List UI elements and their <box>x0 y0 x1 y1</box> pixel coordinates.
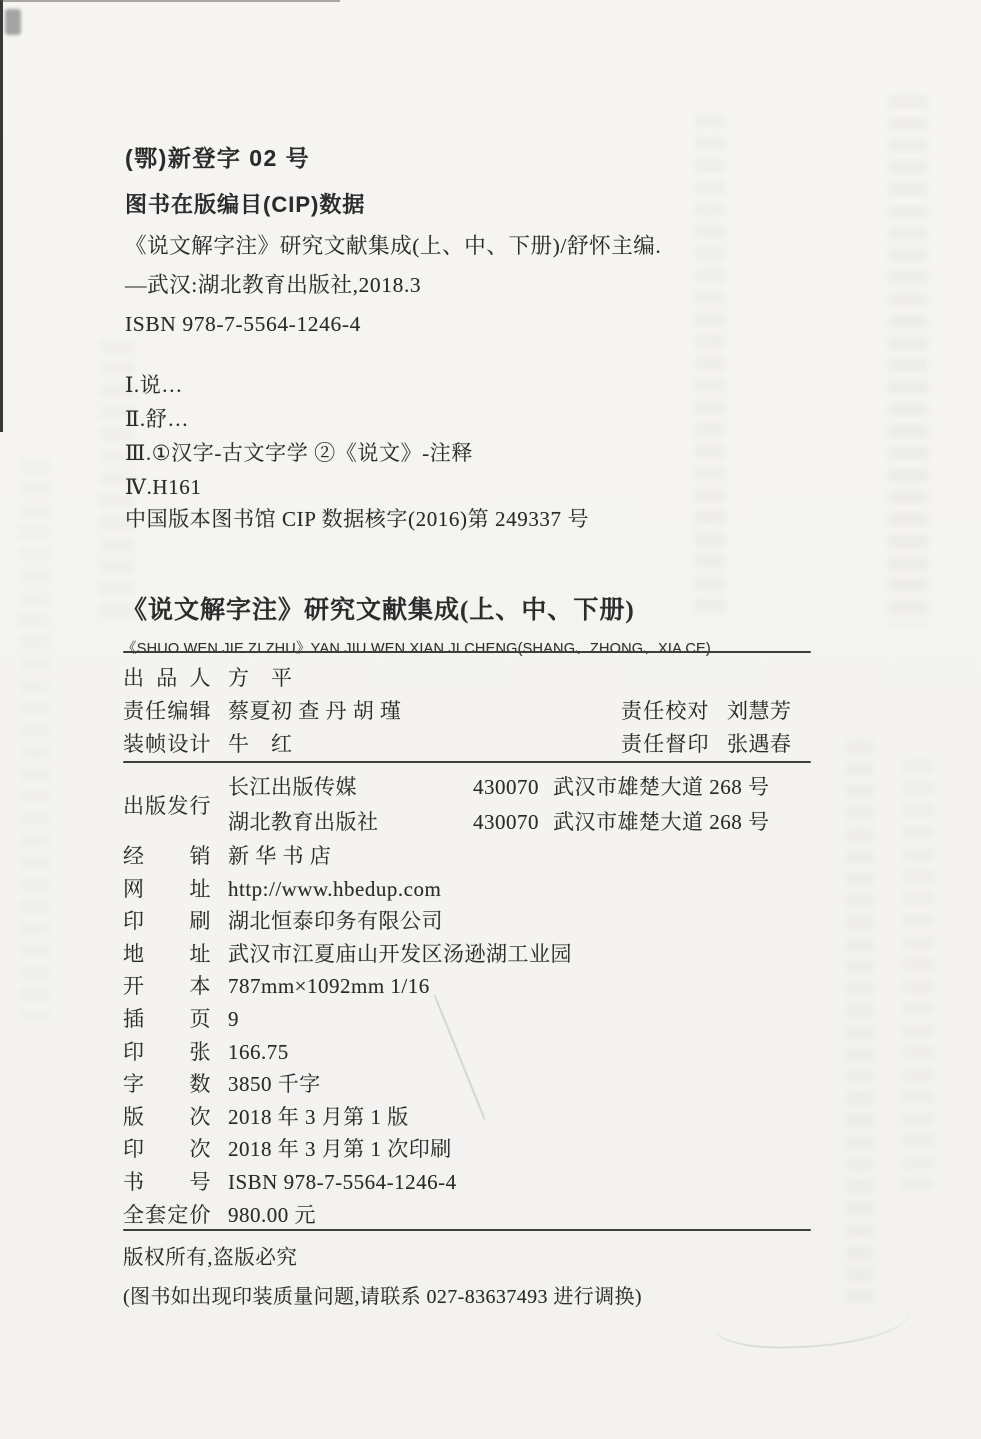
editor-label: 责任编辑 <box>123 695 211 728</box>
supervisor-name: 张遇春 <box>727 732 792 756</box>
cip-title-statement: 《说文解字注》研究文献集成(上、中、下册)/舒怀主编. <box>125 235 661 258</box>
row-label: 字数 <box>123 1068 211 1101</box>
pub-row-printer: 印刷湖北恒泰印务有限公司 <box>123 905 811 938</box>
staff-row-editors: 责任编辑蔡夏初 查 丹 胡 瑾 责任校对刘慧芳 <box>123 695 811 728</box>
bleed-through-ghost <box>888 95 928 625</box>
publisher-address: 武汉市雄楚大道 268 号 <box>553 770 811 805</box>
pub-row-format: 开本787mm×1092mm 1/16 <box>123 970 811 1003</box>
row-label: 经销 <box>123 840 211 873</box>
pub-row-impression: 印次2018 年 3 月第 1 次印刷 <box>123 1133 811 1166</box>
publication-block: 出版发行 长江出版传媒 430070 武汉市雄楚大道 268 号 湖北教育出版社… <box>123 770 811 1231</box>
scan-corner-smudge <box>5 9 21 35</box>
pub-row-edition: 版次2018 年 3 月第 1 版 <box>123 1101 811 1134</box>
supervisor-label: 责任督印 <box>621 728 709 761</box>
row-label: 印刷 <box>123 905 211 938</box>
colophon-page: (鄂)新登字 02 号 图书在版编目(CIP)数据 《说文解字注》研究文献集成(… <box>0 0 981 1439</box>
staff-right-supervisor: 责任督印张遇春 <box>621 728 792 761</box>
designer-name: 牛 红 <box>228 732 293 756</box>
proofreader-name: 刘慧芳 <box>727 699 792 723</box>
row-label: 版次 <box>123 1101 211 1134</box>
classification-4: Ⅳ.H161 <box>125 470 589 504</box>
publisher-row: 长江出版传媒 430070 武汉市雄楚大道 268 号 <box>211 770 811 805</box>
pub-row-inserts: 插页9 <box>123 1003 811 1036</box>
classification-2: Ⅱ.舒… <box>125 402 589 436</box>
row-value: 3850 千字 <box>228 1072 321 1096</box>
proofreader-label: 责任校对 <box>621 695 709 728</box>
staff-row-producer: 出品人方 平 <box>123 662 811 695</box>
pub-row-price: 全套定价980.00 元 <box>123 1199 811 1232</box>
row-label: 地址 <box>123 938 211 971</box>
row-label: 书号 <box>123 1166 211 1199</box>
publisher-lines: 长江出版传媒 430070 武汉市雄楚大道 268 号 湖北教育出版社 4300… <box>211 770 811 840</box>
staff-block: 出品人方 平 责任编辑蔡夏初 查 丹 胡 瑾 责任校对刘慧芳 装帧设计牛 红 责… <box>123 662 811 761</box>
pub-row-wordcount: 字数3850 千字 <box>123 1068 811 1101</box>
row-label: 全套定价 <box>123 1199 211 1232</box>
pub-row-isbn: 书号ISBN 978-7-5564-1246-4 <box>123 1166 811 1199</box>
row-value: 166.75 <box>228 1040 289 1064</box>
publisher-label: 出版发行 <box>123 790 211 820</box>
publisher-rows: 出版发行 长江出版传媒 430070 武汉市雄楚大道 268 号 湖北教育出版社… <box>123 770 811 840</box>
publisher-name: 长江出版传媒 <box>211 770 473 805</box>
staff-row-designer: 装帧设计牛 红 责任督印张遇春 <box>123 728 811 761</box>
publisher-postcode: 430070 <box>473 805 553 840</box>
copyright-notice: 版权所有,盗版必究 <box>123 1240 642 1270</box>
producer-name: 方 平 <box>228 666 293 690</box>
designer-label: 装帧设计 <box>123 728 211 761</box>
publisher-address: 武汉市雄楚大道 268 号 <box>553 805 811 840</box>
divider-rule <box>123 651 811 653</box>
row-value: 2018 年 3 月第 1 次印刷 <box>228 1137 452 1161</box>
classification-3: Ⅲ.①汉字-古文字学 ②《说文》-注释 <box>125 436 589 470</box>
row-label: 网址 <box>123 873 211 906</box>
staff-right-proofreader: 责任校对刘慧芳 <box>621 695 792 728</box>
row-value: ISBN 978-7-5564-1246-4 <box>228 1170 457 1194</box>
registration-number: (鄂)新登字 02 号 <box>125 140 661 173</box>
book-title: 《说文解字注》研究文献集成(上、中、下册) <box>122 590 711 626</box>
divider-rule <box>123 761 811 763</box>
publisher-postcode: 430070 <box>473 770 553 805</box>
editor-names: 蔡夏初 查 丹 胡 瑾 <box>228 699 402 723</box>
row-value: 湖北恒泰印务有限公司 <box>228 909 443 933</box>
bleed-through-ghost <box>846 740 874 1310</box>
publisher-row: 湖北教育出版社 430070 武汉市雄楚大道 268 号 <box>211 805 811 840</box>
producer-label: 出品人 <box>123 662 211 695</box>
cip-block: (鄂)新登字 02 号 图书在版编目(CIP)数据 《说文解字注》研究文献集成(… <box>125 140 661 336</box>
cip-heading: 图书在版编目(CIP)数据 <box>125 188 661 219</box>
row-label: 插页 <box>123 1003 211 1036</box>
pub-row-sheets: 印张166.75 <box>123 1036 811 1069</box>
footer-block: 版权所有,盗版必究 (图书如出现印装质量问题,请联系 027-83637493 … <box>123 1240 642 1309</box>
row-label: 开本 <box>123 970 211 1003</box>
book-title-block: 《说文解字注》研究文献集成(上、中、下册) 《SHUO WEN JIE ZI Z… <box>122 590 711 658</box>
cip-classification-block: Ⅰ.说… Ⅱ.舒… Ⅲ.①汉字-古文字学 ②《说文》-注释 Ⅳ.H161 中国版… <box>125 368 589 534</box>
divider-rule <box>123 1229 811 1231</box>
bleed-through-ghost <box>695 115 725 615</box>
row-label: 印次 <box>123 1133 211 1166</box>
row-value: http://www.hbedup.com <box>228 877 441 901</box>
row-value: 787mm×1092mm 1/16 <box>228 974 430 998</box>
classification-1: Ⅰ.说… <box>125 368 589 402</box>
pub-row-website: 网址http://www.hbedup.com <box>123 873 811 906</box>
pub-row-address: 地址武汉市江夏庙山开发区汤逊湖工业园 <box>123 938 811 971</box>
cip-publisher-statement: —武汉:湖北教育出版社,2018.3 <box>125 274 661 297</box>
row-value: 980.00 元 <box>228 1203 316 1227</box>
cip-isbn: ISBN 978-7-5564-1246-4 <box>125 313 661 336</box>
cip-record-number: 中国版本图书馆 CIP 数据核字(2016)第 249337 号 <box>125 504 589 534</box>
quality-exchange-note: (图书如出现印装质量问题,请联系 027-83637493 进行调换) <box>123 1280 642 1309</box>
row-label: 印张 <box>123 1036 211 1069</box>
row-value: 2018 年 3 月第 1 版 <box>228 1105 409 1129</box>
bleed-through-ghost <box>20 460 50 1020</box>
bleed-through-ghost <box>902 760 934 1190</box>
scan-edge-left <box>0 0 3 432</box>
publisher-name: 湖北教育出版社 <box>211 805 473 840</box>
scan-edge-top <box>0 0 340 2</box>
book-title-pinyin: 《SHUO WEN JIE ZI ZHU》YAN JIU WEN XIAN JI… <box>122 637 711 658</box>
scan-scratch <box>715 1292 910 1348</box>
row-value: 新 华 书 店 <box>228 844 331 868</box>
row-value: 武汉市江夏庙山开发区汤逊湖工业园 <box>228 942 572 966</box>
row-value: 9 <box>228 1007 239 1031</box>
pub-row-distributor: 经销新 华 书 店 <box>123 840 811 873</box>
